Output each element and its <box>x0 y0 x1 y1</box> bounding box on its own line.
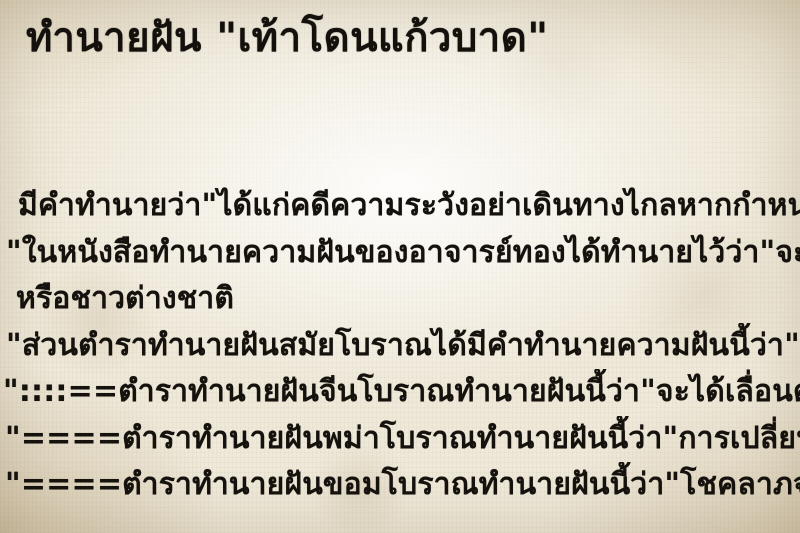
text-line: "::::==ตำราทำนายฝันจีนโบราณทำนายฝันนี้ว่… <box>0 369 800 416</box>
text-line: "ส่วนตำราทำนายฝันสมัยโบราณได้มีคำทำนายคว… <box>0 323 800 370</box>
text-line: "====ตำราทำนายฝันพม่าโบราณทำนายฝันนี้ว่า… <box>0 416 800 463</box>
interpretation-text-block: มีคำทำนายว่า"ได้แก่คดีความระวังอย่าเดินท… <box>0 183 800 509</box>
text-line: หรือชาวต่างชาติ <box>0 276 800 323</box>
text-line: มีคำทำนายว่า"ได้แก่คดีความระวังอย่าเดินท… <box>0 183 800 230</box>
text-line: "ในหนังสือทำนายความฝันของอาจารย์ทองได้ทำ… <box>0 230 800 277</box>
page-title: ทำนายฝัน "เท้าโดนแก้วบาด" <box>26 12 790 64</box>
text-line: "====ตำราทำนายฝันขอมโบราณทำนายฝันนี้ว่า"… <box>0 462 800 509</box>
dream-interpretation-page: ทำนายฝัน "เท้าโดนแก้วบาด" มีคำทำนายว่า"ไ… <box>0 0 800 533</box>
